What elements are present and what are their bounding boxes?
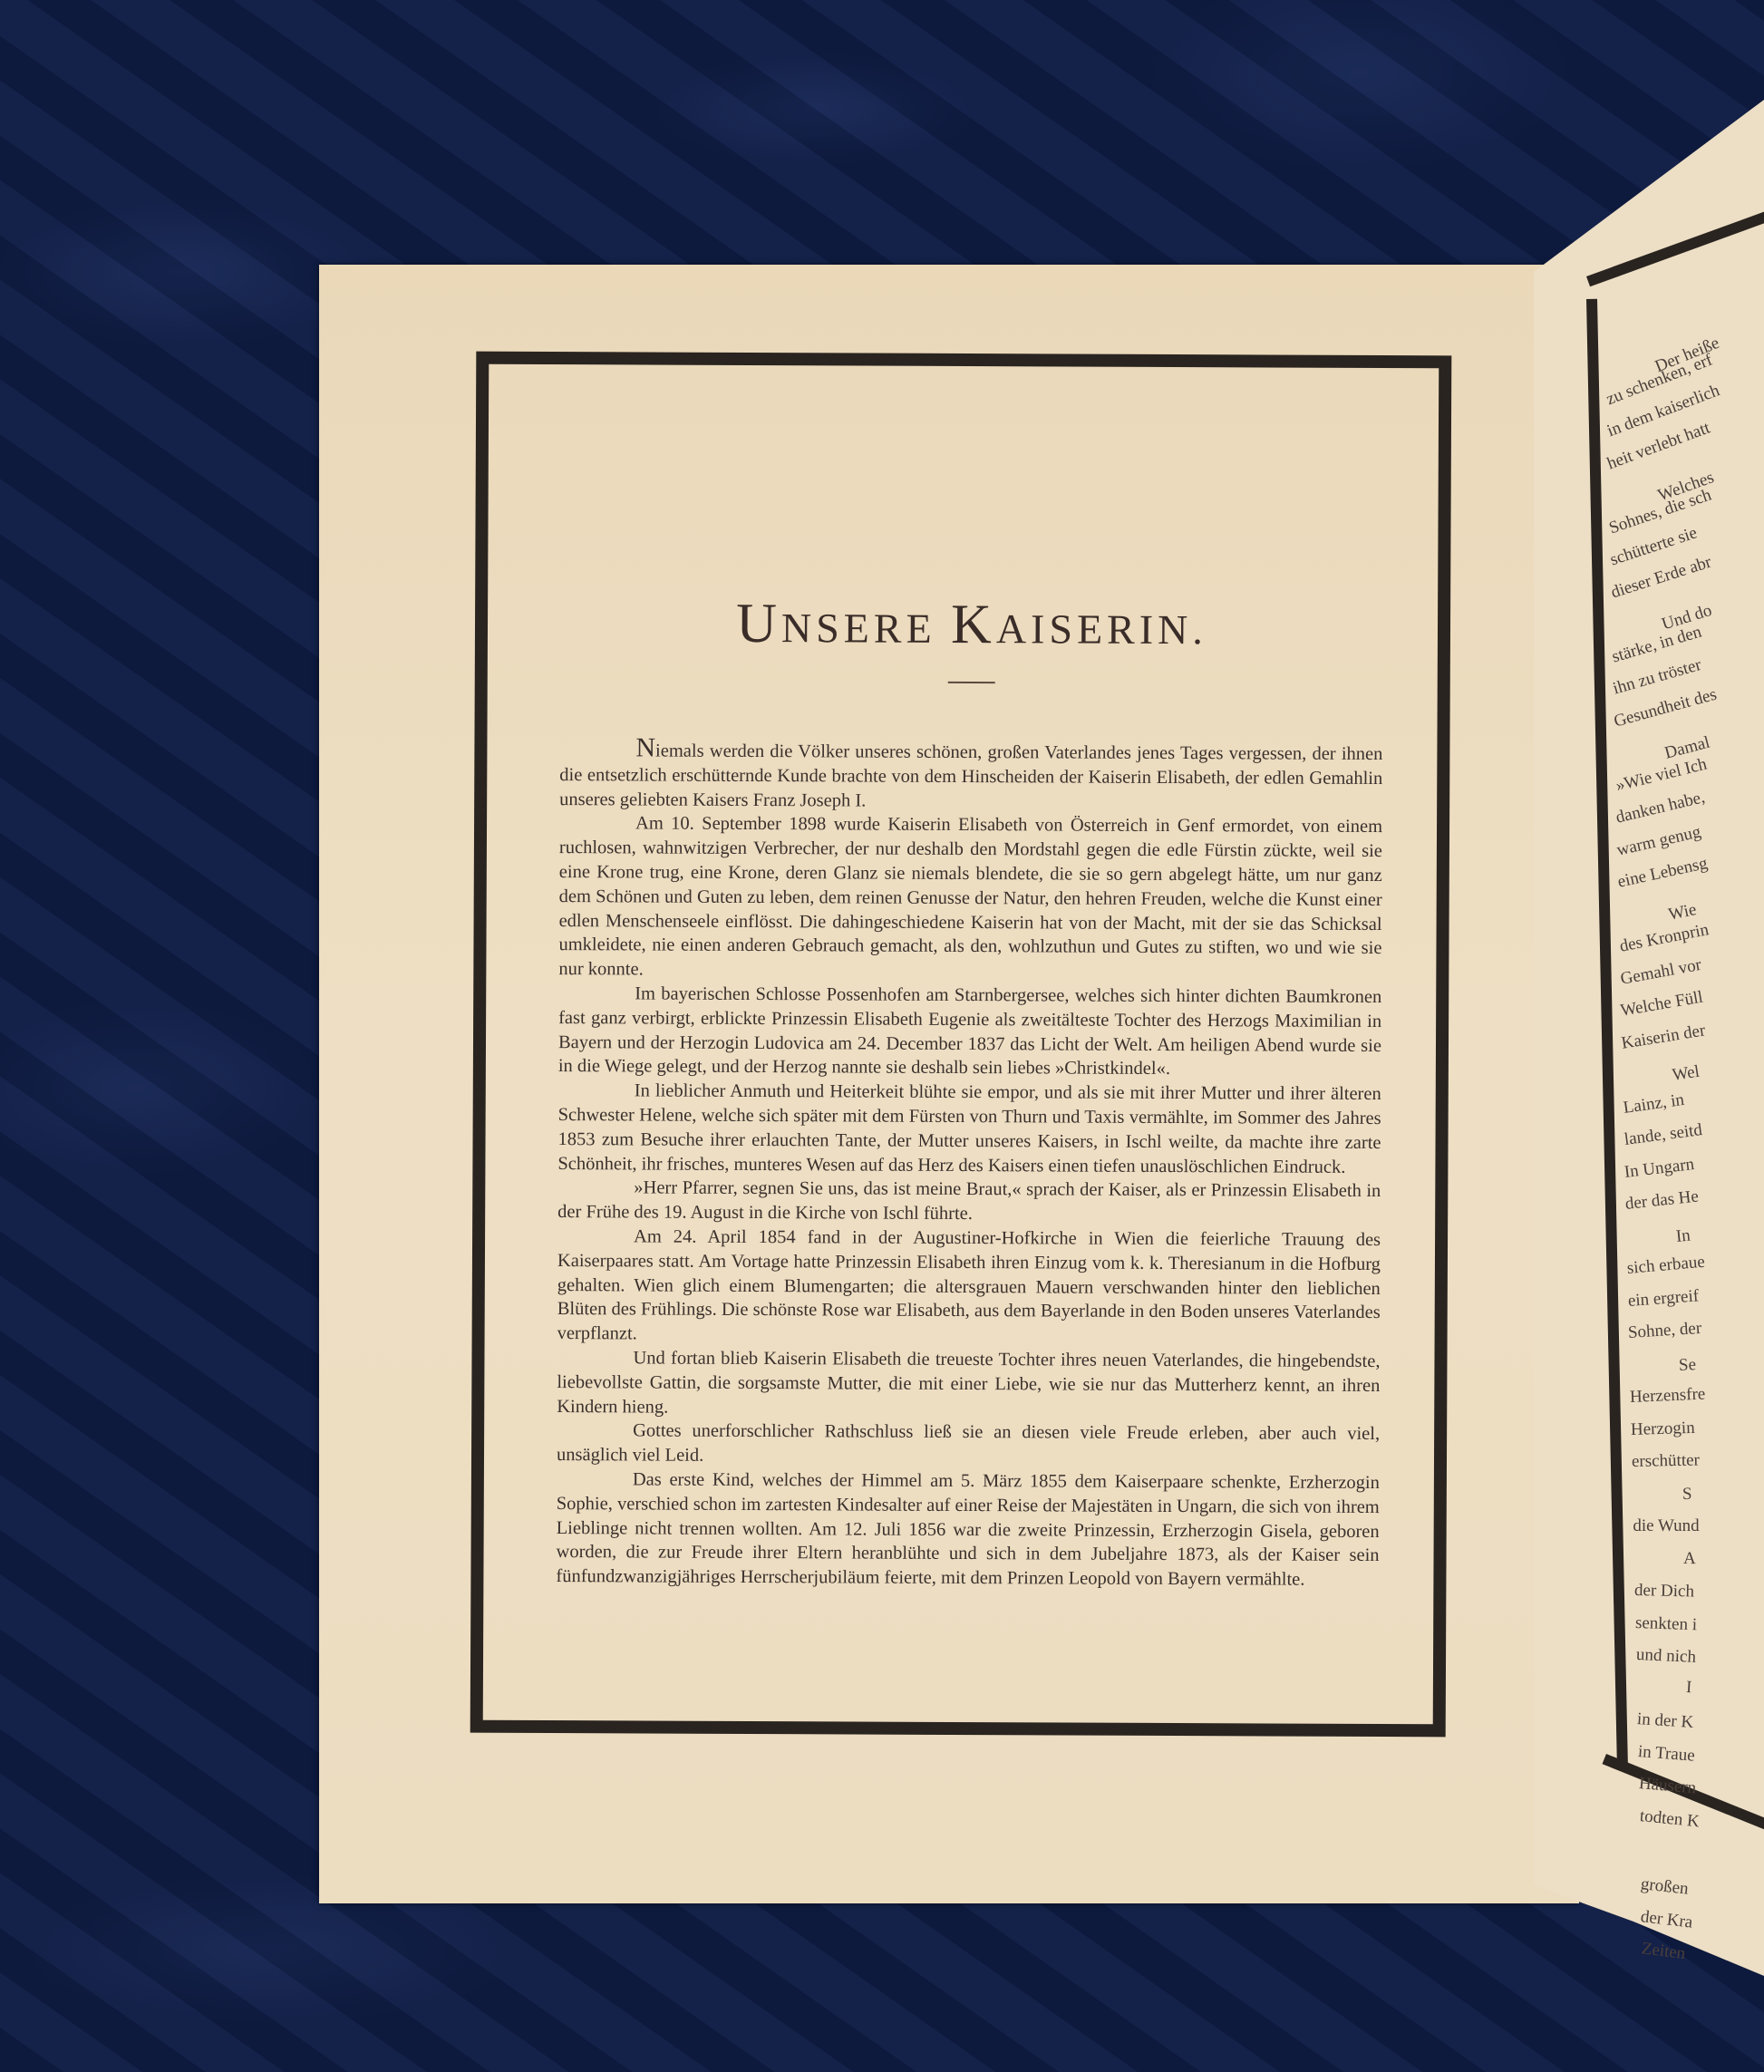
title-initial-u: U xyxy=(736,593,781,654)
title-period: . xyxy=(1192,606,1207,653)
title-divider xyxy=(948,682,995,683)
right-page-line: der Kra xyxy=(1640,1907,1694,1933)
left-page: UNSERE KAISERIN. Niemals werden die Völk… xyxy=(319,265,1579,1903)
right-page-line: großen xyxy=(1639,1874,1689,1900)
title-word-unsere: NSERE xyxy=(781,605,951,652)
right-page-line: in der K xyxy=(1637,1709,1695,1733)
right-page-line: In Ungarn xyxy=(1623,1155,1696,1183)
paragraph: »Herr Pfarrer, segnen Sie uns, das ist m… xyxy=(557,1176,1381,1228)
paragraph: Am 10. September 1898 wurde Kaiserin Eli… xyxy=(558,811,1382,985)
title-initial-k: K xyxy=(951,594,996,655)
right-page-line: erschütter xyxy=(1632,1450,1700,1472)
right-page-text: Der heißezu schenken, erfin dem kaiserli… xyxy=(1534,0,1764,2072)
right-page-line: Herzensfre xyxy=(1630,1385,1706,1408)
mourning-border-frame: UNSERE KAISERIN. Niemals werden die Völk… xyxy=(470,352,1452,1738)
page-title: UNSERE KAISERIN. xyxy=(560,591,1383,659)
right-page-line: In xyxy=(1675,1225,1691,1246)
right-page-line: Wie xyxy=(1667,900,1699,925)
right-page-line: sich erbaue xyxy=(1626,1253,1706,1279)
right-page-line: warm genug xyxy=(1615,822,1703,860)
right-page-line: Gemahl vor xyxy=(1619,954,1703,989)
right-page-line: Häusern xyxy=(1638,1774,1697,1798)
right-page-line: eine Lebensg xyxy=(1616,854,1710,893)
right-page-line: des Kronprin xyxy=(1618,920,1711,957)
paragraph: Gottes unerforschlicher Rathschluss ließ… xyxy=(557,1418,1380,1471)
right-page-line: todten K xyxy=(1639,1806,1701,1832)
page-content: UNSERE KAISERIN. Niemals werden die Völk… xyxy=(556,364,1385,1724)
right-page-line: Kaiserin der xyxy=(1620,1021,1707,1053)
right-page-line: I xyxy=(1686,1678,1693,1698)
right-page: Der heißezu schenken, erfin dem kaiserli… xyxy=(1534,0,1764,2072)
paragraph: Im bayerischen Schlosse Possenhofen am S… xyxy=(558,982,1381,1082)
right-page-line: Lainz, in xyxy=(1622,1089,1685,1118)
right-page-line: Herzogin xyxy=(1631,1418,1695,1439)
right-page-line: Wel xyxy=(1671,1062,1701,1086)
article-body: Niemals werden die Völker unseres schöne… xyxy=(556,736,1382,1593)
right-page-line: A xyxy=(1683,1549,1696,1569)
right-page-line: lande, seitd xyxy=(1623,1120,1703,1150)
title-word-kaiserin: AISERIN xyxy=(996,605,1193,653)
right-page-line: Welche Füll xyxy=(1619,988,1704,1021)
right-page-line: Se xyxy=(1679,1355,1697,1376)
right-page-line: ein ergreif xyxy=(1627,1286,1700,1312)
right-page-line: S xyxy=(1682,1484,1691,1504)
paragraph: Das erste Kind, welches der Himmel am 5.… xyxy=(556,1467,1380,1593)
paragraph: Und fortan blieb Kaiserin Elisabeth die … xyxy=(557,1346,1380,1422)
right-page-line: Zeiten xyxy=(1641,1939,1687,1964)
right-page-line: Sohne, der xyxy=(1628,1319,1702,1343)
paragraph: In lieblicher Anmuth und Heiterkeit blüh… xyxy=(557,1079,1381,1179)
paragraph: Niemals werden die Völker unseres schöne… xyxy=(559,736,1382,815)
right-page-line: der das He xyxy=(1624,1186,1700,1215)
right-page-line: senkten i xyxy=(1634,1613,1697,1635)
right-page-line: und nich xyxy=(1635,1645,1696,1668)
right-page-line: in Traue xyxy=(1637,1742,1695,1767)
right-page-line: der Dich xyxy=(1634,1581,1694,1602)
right-page-line: die Wund xyxy=(1633,1516,1699,1536)
paragraph: Am 24. April 1854 fand in der Augustiner… xyxy=(557,1225,1381,1350)
